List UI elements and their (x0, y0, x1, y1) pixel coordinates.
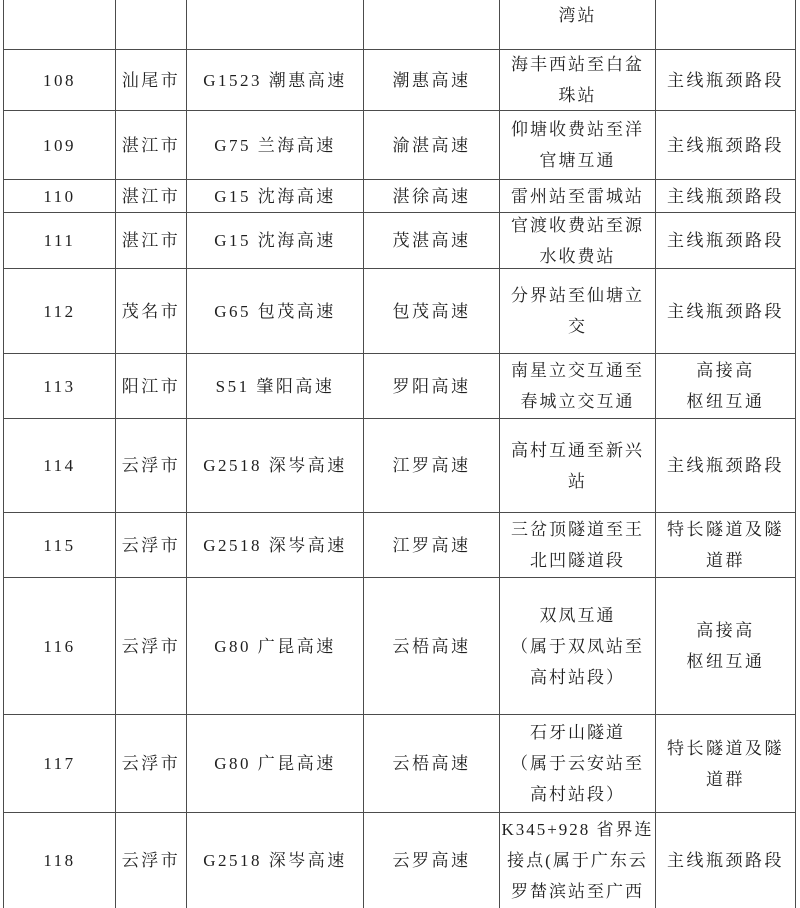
cell-road-alias: 云梧高速 (364, 715, 500, 812)
cell-congestion-type: 特长隧道及隧 道群 (656, 513, 796, 577)
cell-road-alias: 湛徐高速 (364, 180, 500, 212)
cell-expressway: G15 沈海高速 (187, 213, 364, 268)
cell-section: 高村互通至新兴 站 (500, 419, 656, 512)
table-row: 117 云浮市 G80 广昆高速 云梧高速 石牙山隧道 （属于云安站至 高村站段… (4, 715, 796, 813)
cell-number: 109 (4, 111, 116, 179)
cell-section: 仰塘收费站至洋 官塘互通 (500, 111, 656, 179)
cell-congestion-type: 主线瓶颈路段 (656, 50, 796, 110)
table-row: 115 云浮市 G2518 深岑高速 江罗高速 三岔顶隧道至王 北凹隧道段 特长… (4, 513, 796, 578)
table-row: 湾站 (4, 0, 796, 50)
cell-section: 分界站至仙塘立 交 (500, 269, 656, 353)
table-row: 114 云浮市 G2518 深岑高速 江罗高速 高村互通至新兴 站 主线瓶颈路段 (4, 419, 796, 513)
table-row: 111 湛江市 G15 沈海高速 茂湛高速 官渡收费站至源 水收费站 主线瓶颈路… (4, 213, 796, 269)
cell-section: 湾站 (500, 0, 656, 49)
cell-congestion-type (656, 0, 796, 49)
cell-expressway: G15 沈海高速 (187, 180, 364, 212)
cell-congestion-type: 主线瓶颈路段 (656, 269, 796, 353)
cell-expressway: G1523 潮惠高速 (187, 50, 364, 110)
cell-expressway: G2518 深岑高速 (187, 813, 364, 908)
cell-section: K345+928 省界连 接点(属于广东云 罗榃滨站至广西 (500, 813, 656, 908)
cell-number: 108 (4, 50, 116, 110)
cell-section: 雷州站至雷城站 (500, 180, 656, 212)
cell-city: 阳江市 (116, 354, 187, 418)
cell-congestion-type: 主线瓶颈路段 (656, 180, 796, 212)
cell-road-alias: 茂湛高速 (364, 213, 500, 268)
cell-number (4, 0, 116, 49)
table-row: 118 云浮市 G2518 深岑高速 云罗高速 K345+928 省界连 接点(… (4, 813, 796, 908)
cell-number: 114 (4, 419, 116, 512)
cell-city: 湛江市 (116, 180, 187, 212)
cell-congestion-type: 主线瓶颈路段 (656, 213, 796, 268)
cell-congestion-type: 高接高 枢纽互通 (656, 578, 796, 714)
cell-number: 111 (4, 213, 116, 268)
cell-road-alias: 云梧高速 (364, 578, 500, 714)
cell-road-alias: 罗阳高速 (364, 354, 500, 418)
document-page: 湾站 108 汕尾市 G1523 潮惠高速 潮惠高速 海丰西站至白盆 珠站 主线… (0, 0, 800, 908)
cell-road-alias (364, 0, 500, 49)
cell-road-alias: 潮惠高速 (364, 50, 500, 110)
cell-section: 官渡收费站至源 水收费站 (500, 213, 656, 268)
cell-road-alias: 包茂高速 (364, 269, 500, 353)
cell-road-alias: 渝湛高速 (364, 111, 500, 179)
cell-city (116, 0, 187, 49)
cell-expressway: G80 广昆高速 (187, 715, 364, 812)
cell-city: 云浮市 (116, 813, 187, 908)
cell-section: 海丰西站至白盆 珠站 (500, 50, 656, 110)
cell-expressway: G65 包茂高速 (187, 269, 364, 353)
cell-congestion-type: 主线瓶颈路段 (656, 111, 796, 179)
cell-congestion-type: 特长隧道及隧 道群 (656, 715, 796, 812)
cell-expressway: G2518 深岑高速 (187, 513, 364, 577)
cell-city: 湛江市 (116, 111, 187, 179)
cell-number: 117 (4, 715, 116, 812)
cell-city: 茂名市 (116, 269, 187, 353)
cell-number: 112 (4, 269, 116, 353)
cell-city: 云浮市 (116, 419, 187, 512)
cell-section: 三岔顶隧道至王 北凹隧道段 (500, 513, 656, 577)
cell-city: 云浮市 (116, 578, 187, 714)
cell-expressway: S51 肇阳高速 (187, 354, 364, 418)
cell-number: 115 (4, 513, 116, 577)
cell-section: 南星立交互通至 春城立交互通 (500, 354, 656, 418)
cell-section: 双凤互通 （属于双凤站至 高村站段） (500, 578, 656, 714)
table-row: 113 阳江市 S51 肇阳高速 罗阳高速 南星立交互通至 春城立交互通 高接高… (4, 354, 796, 419)
cell-congestion-type: 主线瓶颈路段 (656, 419, 796, 512)
table-row: 109 湛江市 G75 兰海高速 渝湛高速 仰塘收费站至洋 官塘互通 主线瓶颈路… (4, 111, 796, 180)
cell-expressway: G80 广昆高速 (187, 578, 364, 714)
cell-congestion-type: 高接高 枢纽互通 (656, 354, 796, 418)
cell-number: 113 (4, 354, 116, 418)
cell-expressway: G75 兰海高速 (187, 111, 364, 179)
table-row: 116 云浮市 G80 广昆高速 云梧高速 双凤互通 （属于双凤站至 高村站段）… (4, 578, 796, 715)
cell-section: 石牙山隧道 （属于云安站至 高村站段） (500, 715, 656, 812)
table-row: 108 汕尾市 G1523 潮惠高速 潮惠高速 海丰西站至白盆 珠站 主线瓶颈路… (4, 50, 796, 111)
cell-congestion-type: 主线瓶颈路段 (656, 813, 796, 908)
cell-number: 116 (4, 578, 116, 714)
cell-city: 云浮市 (116, 715, 187, 812)
cell-expressway: G2518 深岑高速 (187, 419, 364, 512)
cell-city: 湛江市 (116, 213, 187, 268)
cell-city: 云浮市 (116, 513, 187, 577)
congestion-table: 湾站 108 汕尾市 G1523 潮惠高速 潮惠高速 海丰西站至白盆 珠站 主线… (3, 0, 796, 908)
cell-road-alias: 江罗高速 (364, 419, 500, 512)
cell-number: 118 (4, 813, 116, 908)
cell-road-alias: 江罗高速 (364, 513, 500, 577)
cell-city: 汕尾市 (116, 50, 187, 110)
cell-expressway (187, 0, 364, 49)
cell-road-alias: 云罗高速 (364, 813, 500, 908)
table-row: 110 湛江市 G15 沈海高速 湛徐高速 雷州站至雷城站 主线瓶颈路段 (4, 180, 796, 213)
cell-number: 110 (4, 180, 116, 212)
table-row: 112 茂名市 G65 包茂高速 包茂高速 分界站至仙塘立 交 主线瓶颈路段 (4, 269, 796, 354)
